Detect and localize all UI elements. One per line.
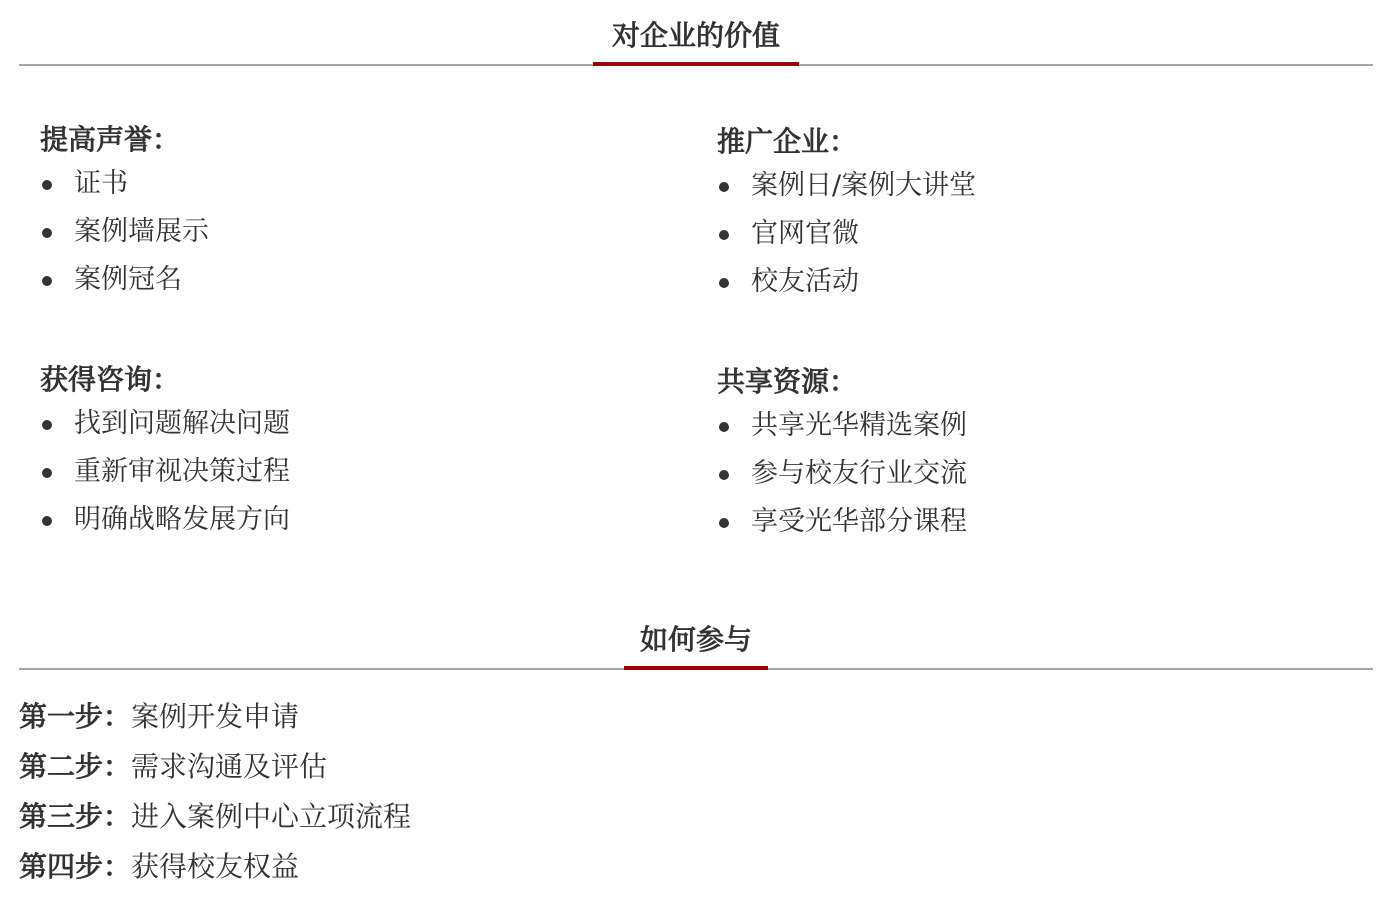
- value-group-reputation: 提高声誉： 证书 案例墙展示 案例冠名: [40, 120, 209, 304]
- list-item: 重新审视决策过程: [40, 448, 290, 496]
- group-title: 共享资源：: [717, 362, 967, 402]
- value-group-consulting: 获得咨询： 找到问题解决问题 重新审视决策过程 明确战略发展方向: [40, 360, 290, 544]
- step-item: 第一步：案例开发申请: [19, 692, 411, 742]
- value-group-resources: 共享资源： 共享光华精选案例 参与校友行业交流 享受光华部分课程: [717, 362, 967, 546]
- list-item: 案例冠名: [40, 256, 209, 304]
- group-title: 获得咨询：: [40, 360, 290, 400]
- list-item: 找到问题解决问题: [40, 400, 290, 448]
- step-text: 获得校友权益: [131, 850, 299, 883]
- section-title-value: 对企业的价值: [593, 16, 799, 56]
- step-item: 第四步：获得校友权益: [19, 842, 411, 892]
- step-label: 第二步：: [19, 750, 131, 783]
- list-item: 享受光华部分课程: [717, 498, 967, 546]
- steps-list: 第一步：案例开发申请 第二步：需求沟通及评估 第三步：进入案例中心立项流程 第四…: [19, 692, 411, 892]
- step-item: 第三步：进入案例中心立项流程: [19, 792, 411, 842]
- step-text: 需求沟通及评估: [131, 750, 327, 783]
- step-text: 案例开发申请: [131, 700, 299, 733]
- list-item: 校友活动: [717, 258, 976, 306]
- section-title-underline: [593, 62, 799, 66]
- value-group-promotion: 推广企业： 案例日/案例大讲堂 官网官微 校友活动: [717, 122, 976, 306]
- step-item: 第二步：需求沟通及评估: [19, 742, 411, 792]
- group-title: 提高声誉：: [40, 120, 209, 160]
- list-item: 共享光华精选案例: [717, 402, 967, 450]
- step-label: 第三步：: [19, 800, 131, 833]
- step-label: 第四步：: [19, 850, 131, 883]
- section-title-participate: 如何参与: [624, 620, 768, 660]
- section-title-underline: [624, 666, 768, 670]
- group-title: 推广企业：: [717, 122, 976, 162]
- list-item: 证书: [40, 160, 209, 208]
- list-item: 参与校友行业交流: [717, 450, 967, 498]
- step-label: 第一步：: [19, 700, 131, 733]
- list-item: 明确战略发展方向: [40, 496, 290, 544]
- list-item: 案例日/案例大讲堂: [717, 162, 976, 210]
- step-text: 进入案例中心立项流程: [131, 800, 411, 833]
- list-item: 官网官微: [717, 210, 976, 258]
- list-item: 案例墙展示: [40, 208, 209, 256]
